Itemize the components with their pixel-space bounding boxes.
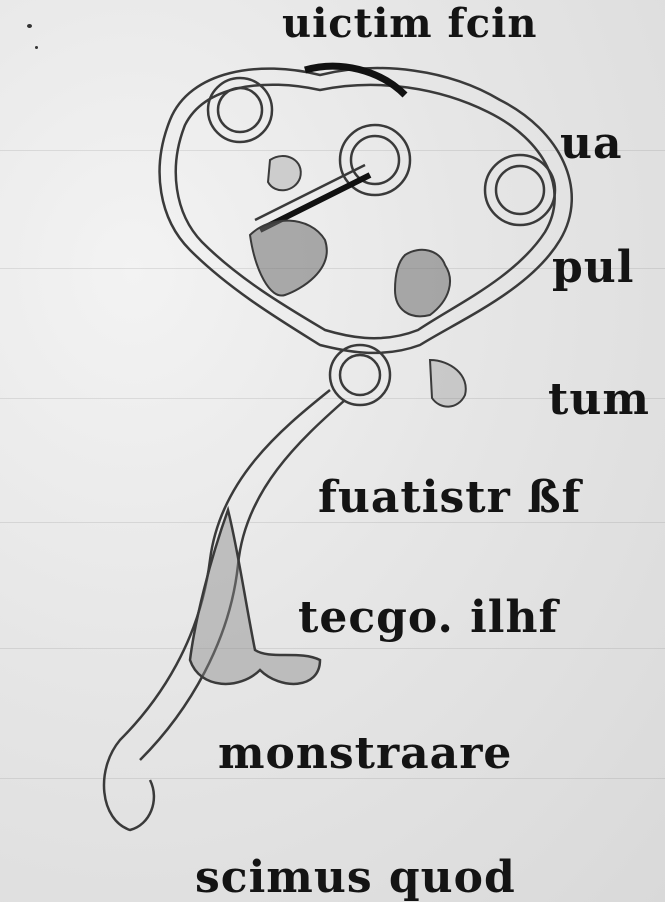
script-line-7: monstraare: [218, 728, 512, 779]
ink-speck: [27, 24, 32, 28]
script-line-5: fuatistr ßf: [318, 472, 581, 523]
script-line-8: scimus quod: [195, 852, 516, 902]
script-line-2: ua: [560, 118, 623, 169]
ink-speck: [35, 46, 38, 49]
script-line-6: tecgo. ilhf: [298, 592, 558, 643]
ruling-line: [0, 648, 665, 649]
manuscript-page: uictim fcin ua pul tum fuatistr ßf tecgo…: [0, 0, 665, 902]
script-line-4: tum: [548, 374, 650, 425]
script-line-1: uictim fcin: [282, 0, 537, 47]
script-line-3: pul: [552, 242, 634, 293]
